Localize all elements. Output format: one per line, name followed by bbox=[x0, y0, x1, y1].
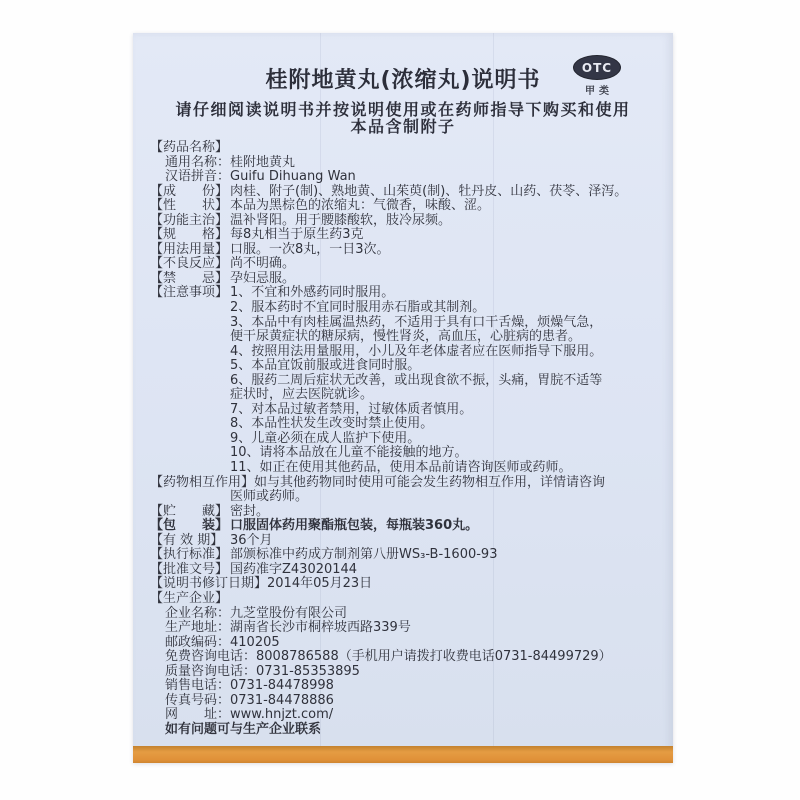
field-value: 汉语拼音：Guifu Dihuang Wan bbox=[165, 169, 356, 184]
field-label: 【说明书修订日期】 bbox=[150, 577, 267, 592]
field-label: 【执行标准】 bbox=[150, 548, 230, 563]
field-value: 口服。一次8丸，一日3次。 bbox=[230, 242, 390, 257]
field-label: 【规 格】 bbox=[150, 228, 230, 243]
field-label: 【不良反应】 bbox=[150, 257, 230, 272]
leaflet-header: 桂附地黄丸(浓缩丸)说明书 请仔细阅读说明书并按说明使用或在药师指导下购买和使用… bbox=[133, 33, 673, 135]
field-value: 通用名称：桂附地黄丸 bbox=[165, 155, 295, 170]
leaflet-line: 【药品名称】 bbox=[150, 141, 665, 156]
field-value: 温补肾阳。用于腰膝酸软，肢冷尿频。 bbox=[230, 213, 451, 228]
leaflet-line: 如有问题可与生产企业联系 bbox=[150, 723, 665, 738]
leaflet-line: 2、服本药时不宜同时服用赤石脂或其制剂。 bbox=[150, 301, 665, 316]
field-value: 口服固体药用聚酯瓶包装，每瓶装360丸。 bbox=[230, 518, 478, 533]
leaflet-line: 3、本品中有肉桂属温热药，不适用于具有口干舌燥，烦燥气急， bbox=[150, 316, 665, 331]
otc-badge: OTC 甲类 bbox=[570, 55, 624, 97]
field-value: 生产地址：湖南省长沙市桐梓坡西路339号 bbox=[165, 620, 411, 635]
leaflet-line: 通用名称：桂附地黄丸 bbox=[150, 156, 665, 171]
field-value: 密封。 bbox=[230, 504, 269, 519]
leaflet-line: 【包 装】口服固体药用聚酯瓶包装，每瓶装360丸。 bbox=[150, 519, 665, 534]
field-value: 销售电话：0731-84478998 bbox=[165, 678, 334, 693]
field-label: 【包 装】 bbox=[150, 519, 230, 534]
leaflet-line: 【执行标准】部颁标准中药成方制剂第八册WS₃-B-1600-93 bbox=[150, 548, 665, 563]
field-value: 8、本品性状发生改变时禁止使用。 bbox=[230, 416, 433, 431]
field-value: 传真号码：0731-84478886 bbox=[165, 693, 334, 708]
leaflet-line: 生产地址：湖南省长沙市桐梓坡西路339号 bbox=[150, 621, 665, 636]
field-value: 本品为黑棕色的浓缩丸：气微香，味酸、涩。 bbox=[230, 198, 490, 213]
field-value: 企业名称：九芝堂股份有限公司 bbox=[165, 606, 347, 621]
leaflet-line: 【说明书修订日期】2014年05月23日 bbox=[150, 577, 665, 592]
field-value: 部颁标准中药成方制剂第八册WS₃-B-1600-93 bbox=[230, 547, 497, 562]
leaflet-body: 【药品名称】通用名称：桂附地黄丸汉语拼音：Guifu Dihuang Wan【成… bbox=[150, 141, 665, 737]
field-value: 尚不明确。 bbox=[230, 256, 295, 271]
field-value: 网 址：www.hnjzt.com/ bbox=[165, 707, 333, 722]
field-value: 便干尿黄症状的糖尿病，慢性肾炎，高血压，心脏病的患者。 bbox=[230, 329, 581, 344]
leaflet-line: 6、服药二周后症状无改善，或出现食欲不振，头痛，胃脘不适等 bbox=[150, 374, 665, 389]
leaflet-line: 销售电话：0731-84478998 bbox=[150, 679, 665, 694]
otc-class-label: 甲类 bbox=[570, 82, 624, 97]
leaflet-line: 汉语拼音：Guifu Dihuang Wan bbox=[150, 170, 665, 185]
field-value: 质量咨询电话：0731-85353895 bbox=[165, 664, 360, 679]
field-value: 10、请将本品放在儿童不能接触的地方。 bbox=[230, 445, 468, 460]
field-label: 【性 状】 bbox=[150, 199, 230, 214]
screenshot-root: 桂附地黄丸(浓缩丸)说明书 请仔细阅读说明书并按说明使用或在药师指导下购买和使用… bbox=[0, 0, 800, 800]
leaflet-line: 【药物相互作用】如与其他药物同时使用可能会发生药物相互作用，详情请咨询 bbox=[150, 476, 665, 491]
field-value: 如有问题可与生产企业联系 bbox=[165, 722, 321, 737]
leaflet-line: 邮政编码：410205 bbox=[150, 636, 665, 651]
field-value: 1、不宜和外感药同时服用。 bbox=[230, 285, 394, 300]
field-value: 6、服药二周后症状无改善，或出现食欲不振，头痛，胃脘不适等 bbox=[230, 373, 602, 388]
leaflet-line: 医师或药师。 bbox=[150, 490, 665, 505]
field-value: 邮政编码：410205 bbox=[165, 635, 280, 650]
leaflet-line: 企业名称：九芝堂股份有限公司 bbox=[150, 607, 665, 622]
leaflet-line: 【生产企业】 bbox=[150, 592, 665, 607]
leaflet-line: 网 址：www.hnjzt.com/ bbox=[150, 708, 665, 723]
leaflet-line: 10、请将本品放在儿童不能接触的地方。 bbox=[150, 446, 665, 461]
leaflet-line: 5、本品宜饭前服或进食同时服。 bbox=[150, 359, 665, 374]
leaflet-line: 【规 格】每8丸相当于原生药3克 bbox=[150, 228, 665, 243]
field-value: 症状时，应去医院就诊。 bbox=[230, 387, 373, 402]
field-value: 9、儿童必须在成人监护下使用。 bbox=[230, 431, 420, 446]
usage-notice: 请仔细阅读说明书并按说明使用或在药师指导下购买和使用 bbox=[133, 101, 673, 118]
leaflet-line: 【不良反应】尚不明确。 bbox=[150, 257, 665, 272]
leaflet-line: 【性 状】本品为黑棕色的浓缩丸：气微香，味酸、涩。 bbox=[150, 199, 665, 214]
leaflet-line: 免费咨询电话：8008786588（手机用户请拨打收费电话0731-844997… bbox=[150, 650, 665, 665]
field-value: 肉桂、附子(制)、熟地黄、山茱萸(制)、牡丹皮、山药、茯苓、泽泻。 bbox=[230, 184, 627, 199]
leaflet-line: 便干尿黄症状的糖尿病，慢性肾炎，高血压，心脏病的患者。 bbox=[150, 330, 665, 345]
field-value: 医师或药师。 bbox=[230, 489, 308, 504]
field-value: 36个月 bbox=[230, 533, 273, 548]
field-value: 如与其他药物同时使用可能会发生药物相互作用，详情请咨询 bbox=[254, 475, 605, 490]
field-value: 2014年05月23日 bbox=[267, 576, 372, 591]
leaflet-line: 11、如正在使用其他药品，使用本品前请咨询医师或药师。 bbox=[150, 461, 665, 476]
field-value: 2、服本药时不宜同时服用赤石脂或其制剂。 bbox=[230, 300, 485, 315]
field-value: 11、如正在使用其他药品，使用本品前请咨询医师或药师。 bbox=[230, 460, 572, 475]
field-label: 【生产企业】 bbox=[150, 592, 230, 607]
field-label: 【注意事项】 bbox=[150, 286, 230, 301]
field-label: 【成 份】 bbox=[150, 185, 230, 200]
otc-icon: OTC bbox=[573, 55, 621, 80]
leaflet-line: 传真号码：0731-84478886 bbox=[150, 694, 665, 709]
field-value: 孕妇忌服。 bbox=[230, 271, 295, 286]
leaflet-line: 【注意事项】1、不宜和外感药同时服用。 bbox=[150, 286, 665, 301]
field-value: 3、本品中有肉桂属温热药，不适用于具有口干舌燥，烦燥气急， bbox=[230, 315, 602, 330]
orange-strip bbox=[133, 746, 673, 763]
field-value: 国药准字Z43020144 bbox=[230, 562, 357, 577]
leaflet-line: 【成 份】肉桂、附子(制)、熟地黄、山茱萸(制)、牡丹皮、山药、茯苓、泽泻。 bbox=[150, 185, 665, 200]
field-value: 每8丸相当于原生药3克 bbox=[230, 227, 364, 242]
aconite-warning: 本品含制附子 bbox=[133, 118, 673, 135]
leaflet-paper: 桂附地黄丸(浓缩丸)说明书 请仔细阅读说明书并按说明使用或在药师指导下购买和使用… bbox=[133, 33, 673, 763]
leaflet-line: 症状时，应去医院就诊。 bbox=[150, 388, 665, 403]
leaflet-line: 8、本品性状发生改变时禁止使用。 bbox=[150, 417, 665, 432]
otc-label: OTC bbox=[582, 61, 612, 75]
field-label: 【药物相互作用】 bbox=[150, 476, 254, 491]
field-value: 4、按照用法用量服用，小儿及年老体虚者应在医师指导下服用。 bbox=[230, 344, 602, 359]
field-label: 【药品名称】 bbox=[150, 141, 230, 156]
field-value: 5、本品宜饭前服或进食同时服。 bbox=[230, 358, 420, 373]
field-value: 7、对本品过敏者禁用，过敏体质者慎用。 bbox=[230, 402, 472, 417]
field-value: 免费咨询电话：8008786588（手机用户请拨打收费电话0731-844997… bbox=[165, 649, 612, 664]
